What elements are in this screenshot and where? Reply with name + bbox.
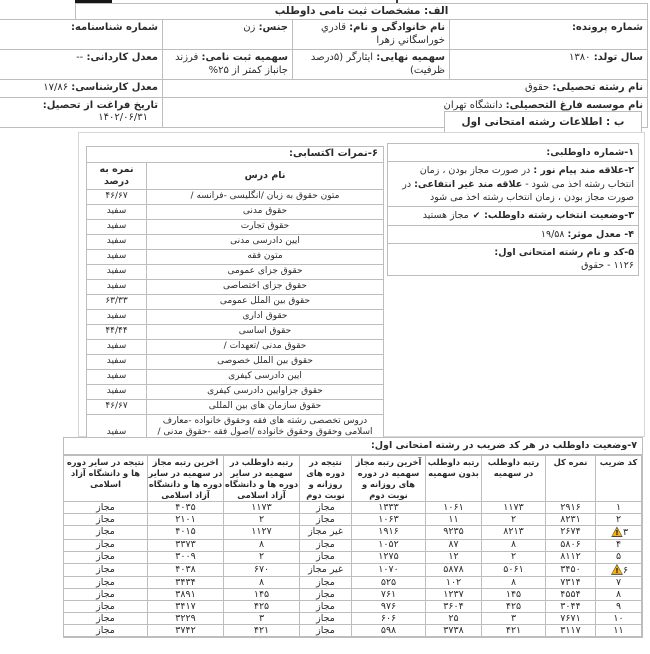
coef-row: ۳!۲۶۷۴۸۲۱۳۹۲۳۵۱۹۱۶غیر مجاز۱۱۲۷۴۰۱۵مجاز <box>64 526 642 539</box>
coef-value-cell: ۱۲۷۵ <box>352 551 426 563</box>
cell-text: ۴۲۵ <box>254 601 269 612</box>
coef-value-cell: ۴۵۵۴ <box>546 589 596 601</box>
coef-value-cell: مجاز <box>64 613 148 625</box>
cell-text: ۱۰۶۱ <box>443 502 463 513</box>
section-a-title: الف: مشخصات ثبت نامی داوطلب <box>75 3 648 20</box>
info-item-label: ۳-وضعیت انتخاب رشته داوطلب: <box>484 210 634 221</box>
cell-text: ۱۲۷۵ <box>378 551 398 562</box>
coef-value-cell: ۸۲۳۱ <box>546 514 596 526</box>
field-value: دانشگاه تهران <box>444 100 506 111</box>
coef-column-header: نتیجه در دوره های روزانه و نوبت دوم <box>300 456 352 502</box>
coef-value-cell: ۱۲ <box>426 551 482 563</box>
coef-value-cell: ۴۲۵ <box>224 601 300 613</box>
coef-value-cell: ۳ <box>224 613 300 625</box>
registration-field: تاریخ فراغت از تحصیل: ۱۴۰۲/۰۶/۳۱ <box>0 97 163 127</box>
course-name-cell: حقوق مدنی <box>147 204 384 219</box>
coef-column-header: اخرین رتبه مجاز در سهمیه در سایر دوره ها… <box>148 456 224 502</box>
coef-value-cell: مجاز <box>64 589 148 601</box>
course-name-cell: حقوق جزای اختصاصی <box>147 279 384 294</box>
course-name-cell: حقوق اساسی <box>147 324 384 339</box>
coef-value-cell: مجاز <box>64 539 148 551</box>
cell-text: ۳۲۲۹ <box>175 613 195 624</box>
coef-value-cell: ۳۲۲۹ <box>148 613 224 625</box>
field-value: حقوق <box>525 82 552 93</box>
coef-value-cell: ۱۱۷۳ <box>482 502 546 514</box>
coef-value-cell: ۸ <box>482 539 546 551</box>
cell-text: ۱۳۳۳ <box>378 502 398 513</box>
course-name-cell: ایین دادرسی مدنی <box>147 234 384 249</box>
coef-value-cell: ۳۶۰۴ <box>426 601 482 613</box>
field-value: ۱۳۸۰ <box>569 52 594 63</box>
coef-value-cell: مجاز <box>300 601 352 613</box>
scores-title-row: ۶-نمرات اکتسابی: <box>87 147 384 163</box>
coef-value-cell: ۱۰۶۳ <box>352 514 426 526</box>
coef-code-cell: ۱۱ <box>596 625 642 637</box>
cell-text: مجاز <box>96 526 115 537</box>
registration-field: معدل کارشناسی: ۱۷/۸۶ <box>0 80 163 98</box>
coef-value-cell: ۷۶۱ <box>352 589 426 601</box>
cell-text: مجاز <box>316 577 335 588</box>
coef-value-cell: ۱۰۵۲ <box>352 539 426 551</box>
registration-field: نام رشته تحصیلی: حقوق <box>163 80 648 98</box>
cell-text: ۹۲۳۵ <box>443 526 463 537</box>
cell-text: ۵۸۰۶ <box>560 539 580 550</box>
coef-value-cell: ۳۳۷۳ <box>148 539 224 551</box>
score-percent-cell: سفید <box>87 279 147 294</box>
cell-text: ۹ <box>616 601 621 612</box>
coef-value-cell: ۲ <box>482 514 546 526</box>
registration-field: سال تولد: ۱۳۸۰ <box>450 50 648 80</box>
coef-value-cell: غیر مجاز <box>300 563 352 576</box>
score-percent-cell: ۴۴/۴۴ <box>87 324 147 339</box>
cell-text: مجاز <box>96 502 115 513</box>
coef-value-cell: ۵۸۰۶ <box>546 539 596 551</box>
info-item-text: مجاز هستید <box>423 210 472 221</box>
coef-value-cell: ۳۰۰۹ <box>148 551 224 563</box>
coef-value-cell: مجاز <box>300 625 352 637</box>
coef-value-cell: مجاز <box>64 551 148 563</box>
score-row: حقوق سازمان های بین المللی۴۶/۶۷ <box>87 399 384 414</box>
cell-text: ۴۲۱ <box>506 625 521 636</box>
cell-text: ۸ <box>616 589 621 600</box>
cell-text: مجاز <box>316 601 335 612</box>
coef-code-cell: ۷ <box>596 577 642 589</box>
coef-value-cell: مجاز <box>64 601 148 613</box>
cell-text: ۳۴۱۷ <box>175 601 195 612</box>
course-name-cell: حقوق اداری <box>147 309 384 324</box>
cell-text: ۴۰۳۸ <box>175 564 195 575</box>
coef-row: ۹۳۰۴۴۴۲۵۳۶۰۴۹۷۶مجاز۴۲۵۳۴۱۷مجاز <box>64 601 642 613</box>
coef-value-cell: مجاز <box>300 589 352 601</box>
cell-text: ۶ <box>623 565 628 576</box>
registration-field: معدل کاردانی: -- <box>0 50 163 80</box>
field-label: سهمیه ثبت نامی: <box>202 52 289 63</box>
cell-text: مجاز <box>96 577 115 588</box>
field-label: نام موسسه فارغ التحصیلی: <box>506 100 643 111</box>
info-item-label: علاقه مند غیر انتفاعی: <box>414 179 522 190</box>
coef-value-cell: مجاز <box>64 514 148 526</box>
cell-text: ۹۷۶ <box>381 601 396 612</box>
score-percent-cell: سفید <box>87 309 147 324</box>
cell-text: ۱۱۷۳ <box>251 502 271 513</box>
course-name-cell: حقوق بین الملل عمومی <box>147 294 384 309</box>
score-percent-cell: سفید <box>87 384 147 399</box>
score-percent-cell: ۴۶/۶۷ <box>87 399 147 414</box>
field-label: معدل کارشناسی: <box>71 82 158 93</box>
coef-value-cell: ۴۲۱ <box>482 625 546 637</box>
coef-value-cell: ۸۷ <box>426 539 482 551</box>
info-item: ۲-علاقه مند پیام نور : در صورت مجاز بودن… <box>388 162 638 207</box>
coef-row: ۷۷۳۱۴۸۱۰۲۵۲۵مجاز۸۳۴۳۴مجاز <box>64 577 642 589</box>
cell-text: مجاز <box>96 539 115 550</box>
coef-column-header: رتبه داوطلب در سهمیه <box>482 456 546 502</box>
cell-text: مجاز <box>96 625 115 636</box>
score-percent-cell: سفید <box>87 234 147 249</box>
cell-text: ۱۰۷۰ <box>378 564 398 575</box>
coef-value-cell: ۷۳۱۴ <box>546 577 596 589</box>
cell-text: ۱۴۵ <box>506 589 521 600</box>
checkmark-icon: ✔ <box>473 211 483 221</box>
coef-value-cell: ۳۷۴۲ <box>148 625 224 637</box>
score-row: حقوق بین الملل خصوصیسفید <box>87 354 384 369</box>
coef-code-cell: ۱ <box>596 502 642 514</box>
cell-text: ۱۹۱۶ <box>378 526 398 537</box>
cell-text: ۲ <box>259 551 264 562</box>
cell-text: ۲۹۱۶ <box>560 502 580 513</box>
coef-value-cell: ۱۱۷۳ <box>224 502 300 514</box>
cell-text: مجاز <box>316 625 335 636</box>
coef-column-header: آخرین رتبه مجاز سهمیه در دوره های روزانه… <box>352 456 426 502</box>
field-label: سهمیه نهایی: <box>376 52 445 63</box>
cell-text: ۳۳۷۳ <box>175 539 195 550</box>
registration-field: شماره پرونده: <box>450 20 648 50</box>
first-exam-info-panel: ۱-شماره داوطلبی:۲-علاقه مند پیام نور : د… <box>387 143 639 276</box>
field-label: شماره پرونده: <box>572 22 643 33</box>
cell-text: ۱۰۲ <box>446 577 461 588</box>
cell-text: ۳۶۰۴ <box>443 601 463 612</box>
coef-value-cell: مجاز <box>300 577 352 589</box>
cell-text: ۵۸۷۸ <box>443 564 463 575</box>
coef-value-cell: ۱۰۲ <box>426 577 482 589</box>
cell-text: ۳۷۴۲ <box>175 625 195 636</box>
cell-text: مجاز <box>316 613 335 624</box>
course-name-cell: متون فقه <box>147 249 384 264</box>
course-name-cell: حقوق تجارت <box>147 219 384 234</box>
course-name-cell: حقوق جزای عمومی <box>147 264 384 279</box>
cell-text: غیر مجاز <box>308 564 343 575</box>
info-item-value: ۱۱۲۶ - حقوق <box>392 259 634 272</box>
info-item: ۵-کد و نام رشته امتحانی اول:۱۱۲۶ - حقوق <box>388 244 638 275</box>
coef-row: ۱۱۳۱۱۷۴۲۱۳۷۳۸۵۹۸مجاز۴۲۱۳۷۴۲مجاز <box>64 625 642 637</box>
info-item-text: ۱۹/۵۸ <box>541 229 568 240</box>
coefficient-status-section: ۷-وضعیت داوطلب در هر کد ضریب در رشته امت… <box>63 437 643 638</box>
coef-value-cell: مجاز <box>64 563 148 576</box>
coef-value-cell: ۵۰۶۱ <box>482 563 546 576</box>
coef-value-cell: ۹۷۶ <box>352 601 426 613</box>
coef-value-cell: ۴۰۱۵ <box>148 526 224 539</box>
coef-value-cell: ۱۱۲۷ <box>224 526 300 539</box>
cell-text: ۸۲۳۱ <box>560 514 580 525</box>
cell-text: ۱۱۷۳ <box>503 502 523 513</box>
coef-value-cell: ۵۸۷۸ <box>426 563 482 576</box>
scores-header-row: نام درس نمره به درصد <box>87 163 384 190</box>
coef-value-cell: ۲ <box>224 514 300 526</box>
cell-text: ۱۲۳۷ <box>443 589 463 600</box>
course-name-cell: حقوق جزاوایین دادرسی کیفری <box>147 384 384 399</box>
cell-text: ۲ <box>511 551 516 562</box>
scores-table-title: ۶-نمرات اکتسابی: <box>87 147 384 163</box>
coef-value-cell: مجاز <box>64 625 148 637</box>
cell-text: مجاز <box>96 514 115 525</box>
field-label: نام خانوادگی و نام: <box>349 22 445 33</box>
cell-text: ۵۲۵ <box>381 577 396 588</box>
info-item: ۴- معدل موثر: ۱۹/۵۸ <box>388 226 638 244</box>
coef-value-cell: ۵۹۸ <box>352 625 426 637</box>
cell-text: مجاز <box>96 589 115 600</box>
cell-text: ۴۲۵ <box>506 601 521 612</box>
cell-text: ۴۰۳۵ <box>175 502 195 513</box>
coef-value-cell: مجاز <box>64 502 148 514</box>
cell-text: ۸ <box>259 539 264 550</box>
cell-text: مجاز <box>96 551 115 562</box>
cell-text: ۱۱ <box>613 625 623 636</box>
cell-text: ۸۱۱۲ <box>560 551 580 562</box>
coef-value-cell: ۸۱۱۲ <box>546 551 596 563</box>
cell-text: ۱ <box>616 502 621 513</box>
coef-value-cell: ۳۷۳۸ <box>426 625 482 637</box>
coef-value-cell: ۴۰۳۸ <box>148 563 224 576</box>
coef-value-cell: ۴۰۳۵ <box>148 502 224 514</box>
cell-text: ۸ <box>511 577 516 588</box>
cell-text: ۳۴۵۰ <box>560 564 580 575</box>
coef-value-cell: ۲۹۱۶ <box>546 502 596 514</box>
course-name-cell: حقوق بین الملل خصوصی <box>147 354 384 369</box>
score-percent-cell: سفید <box>87 339 147 354</box>
field-label: معدل کاردانی: <box>86 52 158 63</box>
score-percent-cell: سفید <box>87 219 147 234</box>
cell-text: ۸۲۱۳ <box>503 526 523 537</box>
cell-text: ۸ <box>259 577 264 588</box>
score-row: حقوق تجارتسفید <box>87 219 384 234</box>
cell-text: مجاز <box>316 514 335 525</box>
coef-row: ۱۲۹۱۶۱۱۷۳۱۰۶۱۱۳۳۳مجاز۱۱۷۳۴۰۳۵مجاز <box>64 502 642 514</box>
cell-text: ۱۰۶۳ <box>378 514 398 525</box>
coef-value-cell: ۶۷۰ <box>224 563 300 576</box>
coef-value-cell: ۲ <box>482 551 546 563</box>
field-value: ۱۴۰۲/۰۶/۳۱ <box>2 112 159 125</box>
cell-text: ۱۲ <box>448 551 458 562</box>
coef-value-cell: ۲۱۰۱ <box>148 514 224 526</box>
coef-value-cell: ۱۰۶۱ <box>426 502 482 514</box>
coef-value-cell: غیر مجاز <box>300 526 352 539</box>
cell-text: ۴۰۱۵ <box>175 526 195 537</box>
cell-text: ۲ <box>511 514 516 525</box>
coef-value-cell: ۳۱۱۷ <box>546 625 596 637</box>
cell-text: مجاز <box>96 613 115 624</box>
registration-field: جنس: زن <box>163 20 293 50</box>
field-value: زن <box>243 22 258 33</box>
cell-text: ۱۱ <box>448 514 458 525</box>
coef-row: ۵۸۱۱۲۲۱۲۱۲۷۵مجاز۲۳۰۰۹مجاز <box>64 551 642 563</box>
cell-text: ۷ <box>616 577 621 588</box>
course-name-cell: ایین دادرسی کیفری <box>147 369 384 384</box>
cell-text: ۷۳۱۴ <box>560 577 580 588</box>
registration-field: نام خانوادگی و نام: قادري خوراسگاني زهرا <box>293 20 450 50</box>
score-row: حقوق اساسی۴۴/۴۴ <box>87 324 384 339</box>
coef-value-cell: ۸ <box>224 577 300 589</box>
coef-value-cell: ۷۶۷۱ <box>546 613 596 625</box>
score-row: حقوق بین الملل عمومی۶۳/۳۳ <box>87 294 384 309</box>
cell-text: ۳۸۹۱ <box>175 589 195 600</box>
cell-text: ۴۵۵۴ <box>560 589 580 600</box>
coef-value-cell: ۸۲۱۳ <box>482 526 546 539</box>
field-label: سال تولد: <box>594 52 643 63</box>
coef-column-header: رتبه داوطلب بدون سهمیه <box>426 456 482 502</box>
score-row: متون حقوق به زبان /انگلیسی -فرانسه /۴۶/۶… <box>87 189 384 204</box>
coef-value-cell: ۳ <box>482 613 546 625</box>
cell-text: ۲ <box>259 514 264 525</box>
cell-text: ۳۰۴۴ <box>560 601 580 612</box>
coef-value-cell: ۱۳۳۳ <box>352 502 426 514</box>
cell-text: ۵۰۶۱ <box>503 564 523 575</box>
coef-value-cell: مجاز <box>300 539 352 551</box>
course-name-cell: حقوق مدنی /تعهدات / <box>147 339 384 354</box>
registration-field: سهمیه ثبت نامی: فرزند جانباز کمتر از ۲۵% <box>163 50 293 80</box>
cell-text: ۱۱۲۷ <box>251 526 271 537</box>
warning-icon: ! <box>611 564 623 575</box>
coef-code-cell: ۲ <box>596 514 642 526</box>
score-percent-cell: ۶۳/۳۳ <box>87 294 147 309</box>
field-label: نام رشته تحصیلی: <box>552 82 643 93</box>
cell-text: ۳۴۳۴ <box>175 577 195 588</box>
cell-text: ۳ <box>259 613 264 624</box>
score-percent-cell: ۴۶/۶۷ <box>87 189 147 204</box>
cell-text: ۳ <box>511 613 516 624</box>
score-percent-cell: سفید <box>87 264 147 279</box>
score-row: حقوق مدنیسفید <box>87 204 384 219</box>
cell-text: ۳ <box>623 527 628 538</box>
section-b-title: ب : اطلاعات رشته امتحانی اول <box>444 111 642 133</box>
coef-code-cell: ۴ <box>596 539 642 551</box>
coef-row: ۱۰۷۶۷۱۳۲۵۶۰۶مجاز۳۳۲۲۹مجاز <box>64 613 642 625</box>
coef-code-cell: ۸ <box>596 589 642 601</box>
cell-text: ۸۷ <box>448 539 458 550</box>
coefficient-table-title: ۷-وضعیت داوطلب در هر کد ضریب در رشته امت… <box>64 438 642 455</box>
score-row: حقوق جزای عمومیسفید <box>87 264 384 279</box>
coef-value-cell: ۸ <box>482 577 546 589</box>
coef-value-cell: ۵۲۵ <box>352 577 426 589</box>
cell-text: ۱۰۵۲ <box>378 539 398 550</box>
coef-value-cell: مجاز <box>300 551 352 563</box>
coef-value-cell: ۴۲۵ <box>482 601 546 613</box>
cell-text: ۳۷۳۸ <box>443 625 463 636</box>
coef-value-cell: ۳۰۴۴ <box>546 601 596 613</box>
cell-text: مجاز <box>316 551 335 562</box>
coef-row: ۶!۳۴۵۰۵۰۶۱۵۸۷۸۱۰۷۰غیر مجاز۶۷۰۴۰۳۸مجاز <box>64 563 642 576</box>
coef-value-cell: ۳۸۹۱ <box>148 589 224 601</box>
coef-row: ۲۸۲۳۱۲۱۱۱۰۶۳مجاز۲۲۱۰۱مجاز <box>64 514 642 526</box>
cell-text: مجاز <box>316 502 335 513</box>
registration-field: شماره شناسنامه: <box>0 20 163 50</box>
cell-text: ۶۷۰ <box>254 564 269 575</box>
cell-text: ۲۱۰۱ <box>175 514 195 525</box>
coef-value-cell: ۱۰۷۰ <box>352 563 426 576</box>
coef-row: ۸۴۵۵۴۱۴۵۱۲۳۷۷۶۱مجاز۱۴۵۳۸۹۱مجاز <box>64 589 642 601</box>
coef-value-cell: مجاز <box>64 577 148 589</box>
cell-text: ۲۵ <box>448 613 458 624</box>
coef-row: ۴۵۸۰۶۸۸۷۱۰۵۲مجاز۸۳۳۷۳مجاز <box>64 539 642 551</box>
coef-code-cell: ۳! <box>596 526 642 539</box>
coef-value-cell: ۸ <box>224 539 300 551</box>
coef-value-cell: ۴۲۱ <box>224 625 300 637</box>
coef-code-cell: ۶! <box>596 563 642 576</box>
cell-text: مجاز <box>316 539 335 550</box>
field-value: -- <box>76 52 86 63</box>
coef-value-cell: مجاز <box>300 514 352 526</box>
coef-column-header: کد ضریب <box>596 456 642 502</box>
cell-text: ۵۹۸ <box>381 625 396 636</box>
section-b-box: ۱-شماره داوطلبی:۲-علاقه مند پیام نور : د… <box>78 132 645 437</box>
registration-field: سهمیه نهایی: ایثارگر (۵درصد ظرفیت) <box>293 50 450 80</box>
coef-value-cell: ۳۴۱۷ <box>148 601 224 613</box>
coef-value-cell: ۱۴۵ <box>482 589 546 601</box>
field-label: تاریخ فراغت از تحصیل: <box>43 100 158 111</box>
score-row: حقوق جزای اختصاصیسفید <box>87 279 384 294</box>
coef-value-cell: مجاز <box>300 613 352 625</box>
cell-text: ۳۰۰۹ <box>175 551 195 562</box>
coef-value-cell: ۱۱ <box>426 514 482 526</box>
cell-text: ۳۱۱۷ <box>560 625 580 636</box>
score-row: ایین دادرسی کیفریسفید <box>87 369 384 384</box>
cell-text: مجاز <box>316 589 335 600</box>
score-row: حقوق اداریسفید <box>87 309 384 324</box>
score-row: ایین دادرسی مدنیسفید <box>87 234 384 249</box>
cell-text: ۷۶۷۱ <box>560 613 580 624</box>
info-item: ۱-شماره داوطلبی: <box>388 144 638 162</box>
info-item-label: ۲-علاقه مند پیام نور : <box>533 165 634 176</box>
scores-table: ۶-نمرات اکتسابی: نام درس نمره به درصد مت… <box>86 146 384 467</box>
registration-row: نام رشته تحصیلی: حقوقمعدل کارشناسی: ۱۷/۸… <box>0 80 648 98</box>
field-label: شماره شناسنامه: <box>71 22 158 33</box>
warning-icon: ! <box>611 526 623 537</box>
coef-value-cell: ۳۴۳۴ <box>148 577 224 589</box>
coef-value-cell: ۱۴۵ <box>224 589 300 601</box>
score-percent-cell: سفید <box>87 249 147 264</box>
cell-text: ۶۰۶ <box>381 613 396 624</box>
cell-text: ۴۲۱ <box>254 625 269 636</box>
coefficient-table: کد ضریبنمره کلرتبه داوطلب در سهمیهرتبه د… <box>63 455 642 637</box>
field-value: ۱۷/۸۶ <box>43 82 71 93</box>
score-row: حقوق مدنی /تعهدات /سفید <box>87 339 384 354</box>
score-percent-cell: سفید <box>87 369 147 384</box>
coef-code-cell: ۵ <box>596 551 642 563</box>
coef-value-cell: ۶۰۶ <box>352 613 426 625</box>
cell-text: مجاز <box>96 564 115 575</box>
cell-text: ۱۴۵ <box>254 589 269 600</box>
coef-column-header: نمره کل <box>546 456 596 502</box>
coef-value-cell: ۲۵ <box>426 613 482 625</box>
registration-row: شماره پرونده:نام خانوادگی و نام: قادري خ… <box>0 20 648 50</box>
course-name-cell: حقوق سازمان های بین المللی <box>147 399 384 414</box>
registration-row: سال تولد: ۱۳۸۰سهمیه نهایی: ایثارگر (۵درص… <box>0 50 648 80</box>
cell-text: ۷۶۱ <box>381 589 396 600</box>
coef-column-header: نتیجه در سایر دوره ها و دانشگاه آزاد اسل… <box>64 456 148 502</box>
cell-text: ۲۶۷۴ <box>560 526 580 537</box>
info-item: ۳-وضعیت انتخاب رشته داوطلب: ✔ مجاز هستید <box>388 207 638 226</box>
coef-code-cell: ۱۰ <box>596 613 642 625</box>
score-row: متون فقهسفید <box>87 249 384 264</box>
percent-column-header: نمره به درصد <box>87 163 147 190</box>
